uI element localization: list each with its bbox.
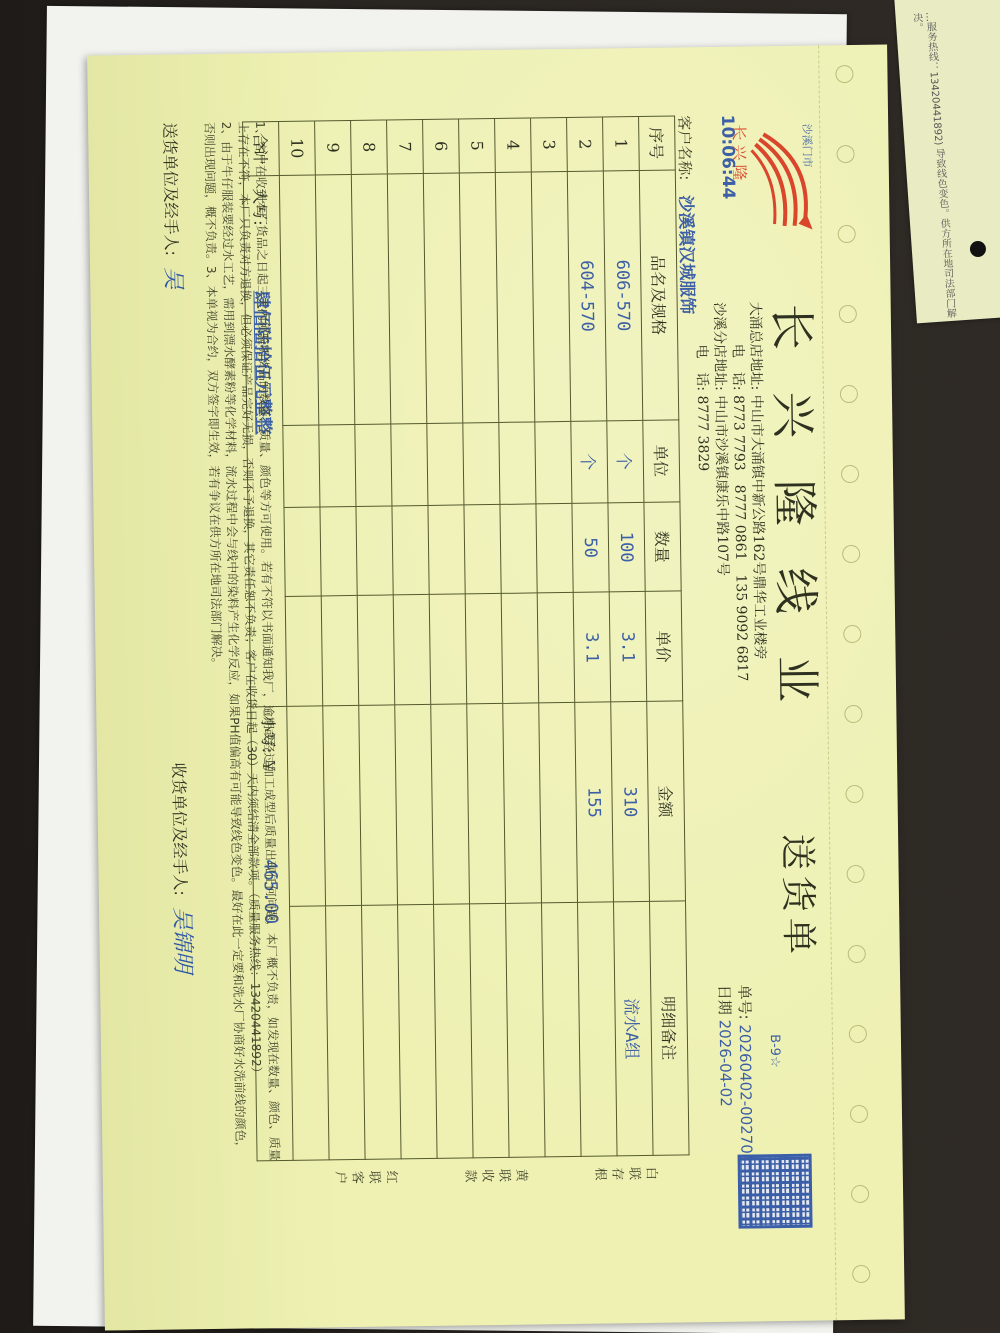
copy-red: 红联客户: [300, 1164, 430, 1185]
logo-small-text: 沙溪门市: [799, 123, 816, 167]
delivery-note-sheet: 沙溪门市 长兴隆 10:06:44 长兴隆线业 送货单 大涌总店地址: 中山市大…: [87, 44, 905, 1330]
red-phoenix-logo-icon: 沙溪门市: [743, 113, 825, 234]
qr-code-icon: [738, 1153, 813, 1228]
company-name: 长兴隆线业: [762, 303, 834, 744]
header-no: 序号: [639, 115, 676, 169]
items-table: 序号 品名及规格 单位 数量 单价 金额 明细备注 1 606-570 个 10…: [242, 115, 689, 1161]
copy-white: 白联存根: [560, 1161, 690, 1182]
header: 沙溪门市 长兴隆 10:06:44 长兴隆线业 送货单 大涌总店地址: 中山市大…: [683, 93, 849, 1275]
customer-name: 客户名称: 沙溪镇汉城服饰: [674, 115, 702, 314]
header-qty: 数量: [644, 501, 681, 591]
signature-row: 送货单位及经手人: 吴 收货单位及经手人: 吴锦明: [188, 122, 203, 1162]
serial-number: 单号: 20260402-00270: [734, 984, 757, 1154]
header-amount: 金额: [647, 701, 686, 901]
receiver-signature: 收货单位及经手人: 吴锦明: [166, 762, 200, 973]
phone-line: 电 话: 8777 3829: [692, 294, 714, 470]
header-unit: 单位: [643, 419, 680, 501]
document-type: 送货单: [774, 833, 827, 960]
terms-text: 1、客户在收到本厂货品之日起三天内须验明货品的数量、质量、颜色等方可使用。若有不…: [200, 121, 283, 1162]
adjacent-slip-text: …服务热线：13420441892) 导致线色变色。供方所在地司法部门解决。: [909, 11, 957, 322]
delivery-note-content: 沙溪门市 长兴隆 10:06:44 长兴隆线业 送货单 大涌总店地址: 中山市大…: [143, 93, 849, 1283]
copy-yellow: 黄联收款: [430, 1163, 560, 1184]
punch-hole: [969, 240, 986, 257]
sender-signature: 送货单位及经手人: 吴: [157, 122, 190, 289]
adjacent-slip: …服务热线：13420441892) 导致线色变色。供方所在地司法部门解决。: [893, 0, 1000, 323]
print-time: 10:06:44: [717, 114, 738, 199]
document-date: 日期 2026-04-02: [714, 984, 737, 1106]
book-code: B-9☆: [767, 1034, 782, 1068]
copy-labels: 白联存根 黄联收款 红联客户: [300, 1161, 690, 1196]
handwritten-signature: 吴: [160, 266, 185, 288]
header-note: 明细备注: [649, 901, 689, 1155]
header-name: 品名及规格: [639, 169, 678, 419]
header-price: 单价: [645, 591, 683, 701]
handwritten-signature: 吴锦明: [169, 906, 195, 972]
